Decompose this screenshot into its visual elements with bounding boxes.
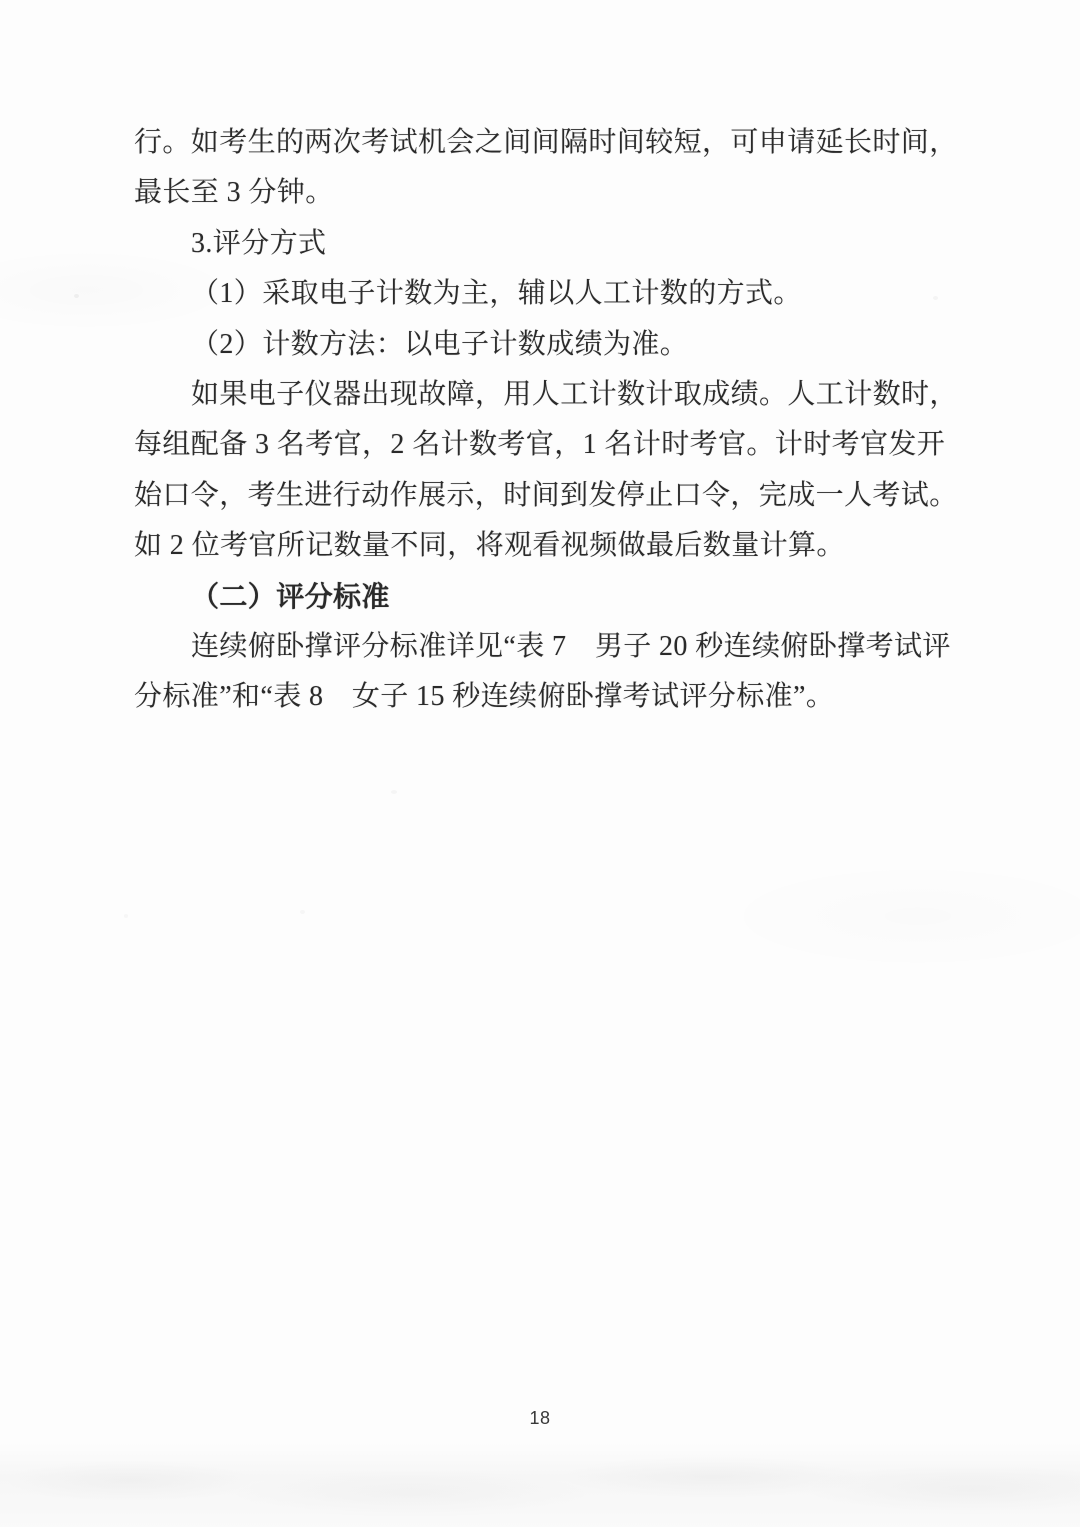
page-number: 18 [0,1408,1080,1429]
text-line: 连续俯卧撑评分标准详见“表 7 男子 20 秒连续俯卧撑考试评 [134,622,962,672]
document-page: 行。如考生的两次考试机会之间间隔时间较短，可申请延长时间， 最长至 3 分钟。 … [0,0,1080,1527]
text-line: 最长至 3 分钟。 [134,168,962,218]
scan-speck [300,910,305,914]
text-line: 分标准”和“表 8 女子 15 秒连续俯卧撑考试评分标准”。 [134,672,962,722]
text-line: 如果电子仪器出现故障，用人工计数计取成绩。人工计数时， [134,370,962,420]
scan-speck [391,790,397,794]
section-heading-3: 3.评分方式 [134,219,962,269]
document-text-block: 行。如考生的两次考试机会之间间隔时间较短，可申请延长时间， 最长至 3 分钟。 … [134,118,962,723]
text-line: 每组配备 3 名考官，2 名计数考官，1 名计时考官。计时考官发开 [134,420,962,470]
section-heading-scoring-standard: （二）评分标准 [134,572,962,622]
scan-speck [933,296,938,300]
text-line: 行。如考生的两次考试机会之间间隔时间较短，可申请延长时间， [134,118,962,168]
text-line-item-2: （2）计数方法：以电子计数成绩为准。 [134,320,962,370]
text-line: 如 2 位考官所记数量不同，将观看视频做最后数量计算。 [134,521,962,571]
scan-speck [74,294,79,298]
text-line-item-1: （1）采取电子计数为主，辅以人工计数的方式。 [134,269,962,319]
text-line: 始口令，考生进行动作展示，时间到发停止口令，完成一人考试。 [134,471,962,521]
scan-artifact-band [0,1443,1080,1527]
scan-speck [124,914,128,918]
